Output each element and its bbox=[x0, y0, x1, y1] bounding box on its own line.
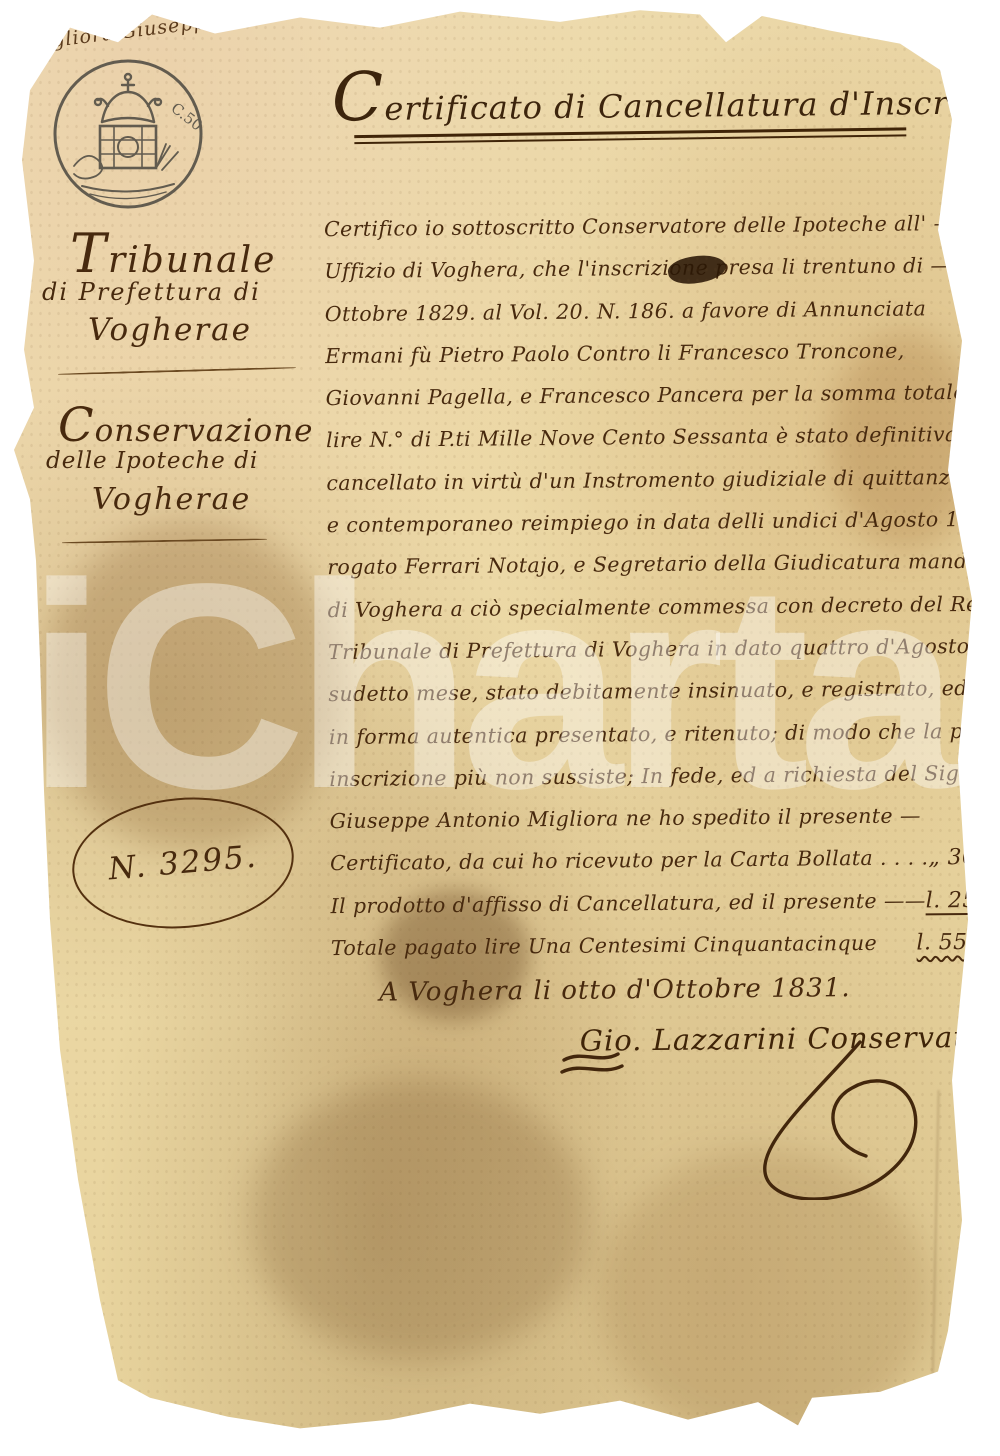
total-text: Totale pagato lire Una Centesimi Cinquan… bbox=[331, 931, 877, 960]
protocol-number: N. 3295. bbox=[107, 839, 259, 888]
margin-office-tribunale: Tribunale bbox=[70, 222, 276, 285]
fee-text: Certificato, da cui ho ricevuto per la C… bbox=[330, 846, 928, 876]
body-line: lire N.° di P.ti Mille Nove Cento Sessan… bbox=[326, 422, 978, 471]
margin-office-vogherae-2: Vogherae bbox=[92, 482, 251, 517]
body-line: inscrizione più non sussiste; In fede, e… bbox=[329, 761, 981, 810]
revenue-stamp-icon: C.50 bbox=[46, 48, 210, 216]
margin-office-ipoteche: delle Ipoteche di bbox=[46, 448, 258, 474]
fee-text: Il prodotto d'affisso di Cancellatura, e… bbox=[330, 888, 925, 918]
date-line: A Voghera li otto d'Ottobre 1831. bbox=[331, 972, 983, 1026]
margin-office-conservazione: Conservazione bbox=[58, 398, 314, 452]
title-block: Certificato di Cancellatura d'Inscrizion… bbox=[332, 71, 973, 144]
body-line-fee-carta-bollata: Certificato, da cui ho ricevuto per la C… bbox=[330, 845, 982, 894]
body-line: Ermani fù Pietro Paolo Contro li Frances… bbox=[325, 338, 977, 387]
page-title: Certificato di Cancellatura d'Inscrizion… bbox=[332, 71, 972, 129]
paper-sheet: Migliora Giuseppe Antonio C.50 Tribunale… bbox=[0, 0, 1000, 1456]
body-line: sudetto mese, stato debitamente insinuat… bbox=[328, 676, 980, 725]
body-line: in forma autentica presentato, e ritenut… bbox=[329, 718, 981, 767]
body-line-total: Totale pagato lire Una Centesimi Cinquan… bbox=[331, 930, 983, 979]
signature-flourish-icon bbox=[560, 1040, 980, 1200]
body-line: cancellato in virtù d'un Instromento giu… bbox=[326, 465, 978, 514]
margin-divider-1 bbox=[58, 367, 296, 376]
total-amount: l. 55, bbox=[916, 930, 983, 956]
body-line: Certifico io sottoscritto Conservatore d… bbox=[324, 211, 976, 260]
title-underline bbox=[354, 127, 906, 144]
owner-annotation: Migliora Giuseppe Antonio bbox=[24, 0, 308, 55]
body-line: Giovanni Pagella, e Francesco Pancera pe… bbox=[326, 380, 978, 429]
body-line: rogato Ferrari Notajo, e Segretario dell… bbox=[327, 549, 979, 598]
body-line: e contemporaneo reimpiego in data delli … bbox=[327, 507, 979, 556]
body-line: di Voghera a ciò specialmente commessa c… bbox=[328, 592, 980, 641]
margin-office-vogherae-1: Vogherae bbox=[88, 312, 252, 348]
fee-amount-affisso: l. 25, bbox=[926, 888, 993, 916]
body-text: Certifico io sottoscritto Conservatore d… bbox=[324, 211, 984, 1073]
body-line-fee-affisso: Il prodotto d'affisso di Cancellatura, e… bbox=[330, 888, 982, 937]
margin-office-prefettura: di Prefettura di bbox=[42, 278, 261, 306]
body-line: Tribunale di Prefettura di Voghera in da… bbox=[328, 634, 980, 683]
body-line: Ottobre 1829. al Vol. 20. N. 186. a favo… bbox=[325, 295, 977, 344]
body-line: Giuseppe Antonio Migliora ne ho spedito … bbox=[330, 803, 982, 852]
body-line: Uffizio di Voghera, che l'inscrizione pr… bbox=[324, 253, 976, 302]
stain-bottom-left bbox=[250, 1080, 590, 1360]
fee-amount-carta-bollata: „ 30. bbox=[928, 845, 992, 871]
